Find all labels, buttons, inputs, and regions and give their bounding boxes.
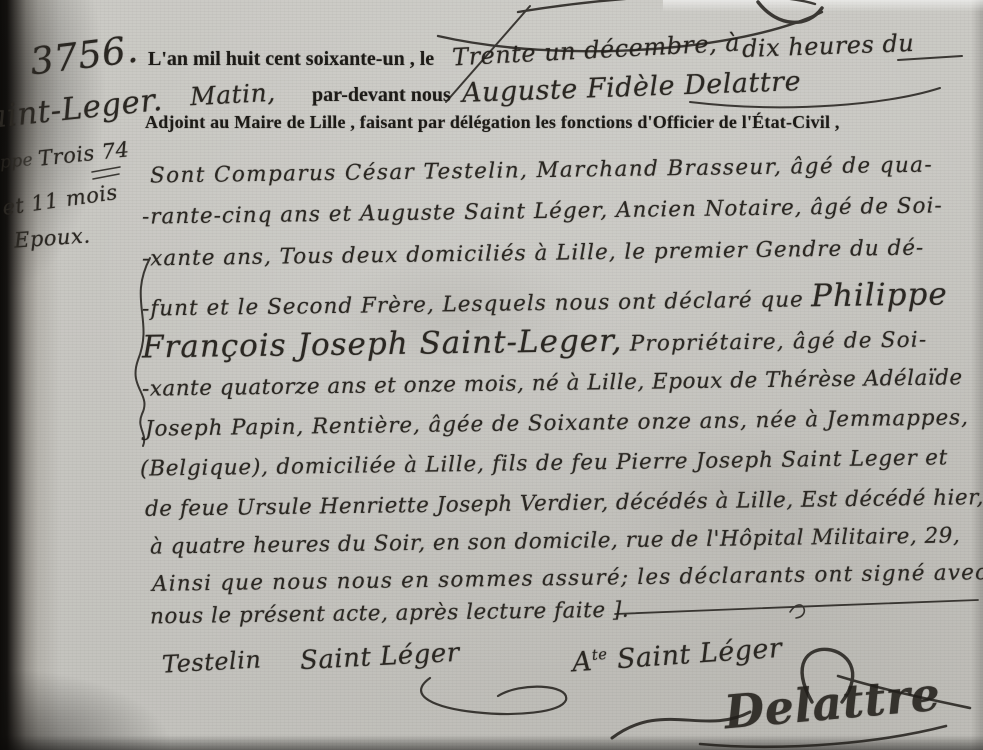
closing-rule [615, 600, 978, 614]
scanned-death-record-page: 3756. Saint-Leger. lippe Trois 74 et 11 … [0, 0, 983, 750]
saint-leger-signature-flourish [421, 678, 566, 714]
delattre-cross-stroke [838, 676, 970, 708]
margin-bracket-flourish [136, 258, 150, 446]
delattre-tail-stroke [700, 726, 946, 747]
delattre-big-loop [802, 649, 853, 702]
top-flourish-loop [758, 2, 822, 22]
ink-flourishes [0, 0, 983, 750]
date-slash-stroke [446, 6, 530, 102]
margin-age-underline [92, 167, 120, 179]
top-flourish-curl [518, 0, 815, 12]
officer-paraph [690, 88, 940, 107]
line-filler-dash [898, 56, 962, 60]
delattre-leadin-stroke [612, 712, 750, 738]
